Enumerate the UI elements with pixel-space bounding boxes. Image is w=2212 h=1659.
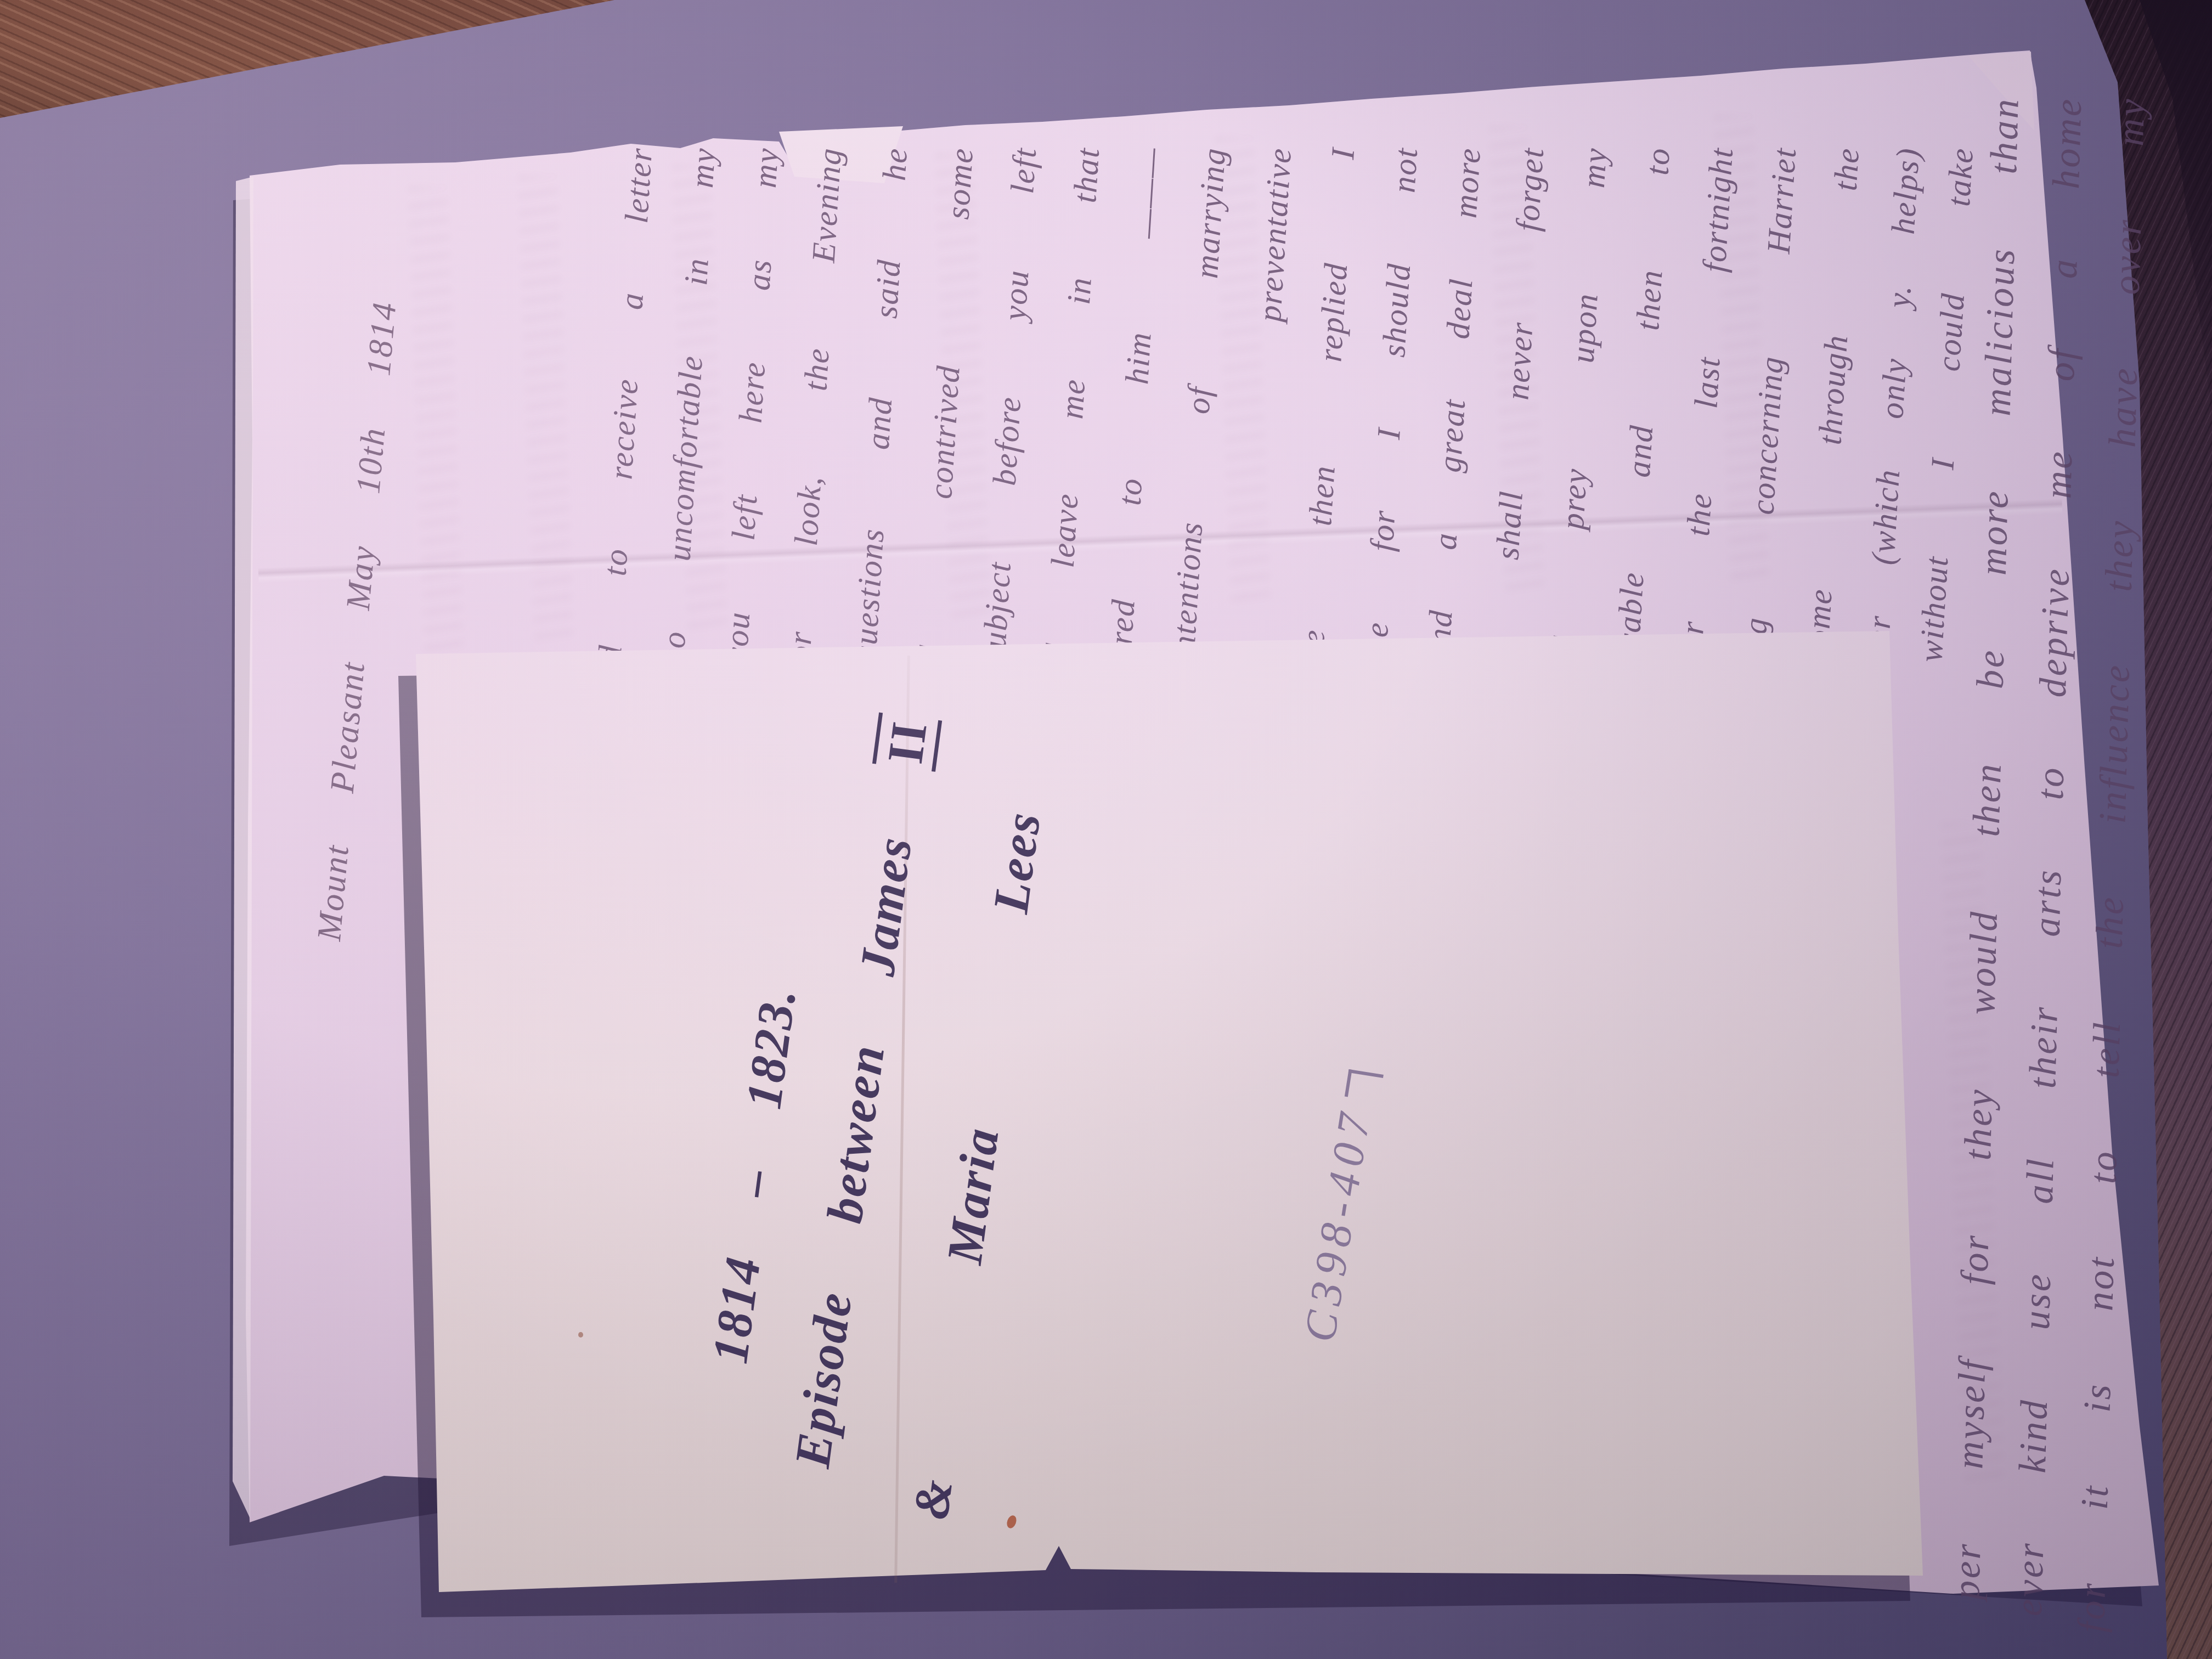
photo-of-letters: Mount Pleasant May 10th 1814 d to receiv…: [0, 0, 2212, 1659]
cover-roman-numeral: II: [872, 713, 942, 772]
desk-wood-top-left: [0, 0, 658, 165]
pencil-bracket-mark: [1345, 1069, 1384, 1102]
paper-speck: [578, 1332, 583, 1338]
